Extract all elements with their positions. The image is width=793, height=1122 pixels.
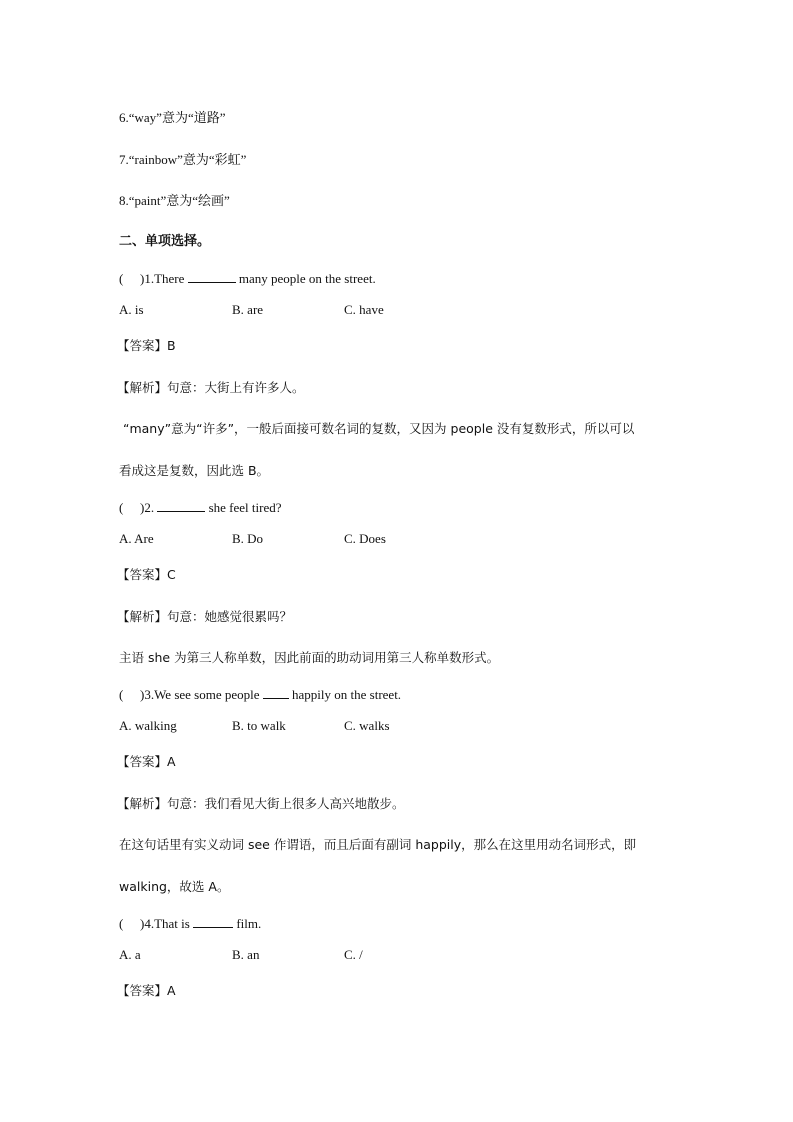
question-suffix: happily on the street. [292,687,401,702]
vocab-item-8: 8.“paint”意为“绘画” [119,193,230,209]
question-suffix: film. [236,916,261,931]
answer-paren: ( [119,271,140,287]
analysis-1-line-3: 看成这是复数，因此选 B。 [119,463,269,479]
option-a: A. a [119,947,141,963]
analysis-1-line-2: “many”意为“许多”，一般后面接可数名词的复数，又因为 people 没有复… [123,421,634,437]
question-suffix: many people on the street. [239,271,376,286]
answer-paren: ( [119,916,140,932]
option-c: C. have [344,302,384,318]
section-title: 二、单项选择。 [119,234,210,250]
option-b: B. an [232,947,259,963]
option-b: B. Do [232,531,263,547]
analysis-2-line-1: 【解析】句意：她感觉很累吗？ [117,609,292,625]
question-4: ()4.That is film. [119,916,261,932]
analysis-2-line-2: 主语 she 为第三人称单数，因此前面的助动词用第三人称单数形式。 [119,650,499,666]
option-c: C. Does [344,531,386,547]
analysis-3-line-1: 【解析】句意：我们看见大街上很多人高兴地散步。 [117,796,405,812]
fill-blank [157,500,205,512]
vocab-item-7: 7.“rainbow”意为“彩虹” [119,152,246,168]
answer-paren: ( [119,500,140,516]
analysis-3-line-3: walking，故选 A。 [119,879,229,895]
option-c: C. / [344,947,363,963]
vocab-item-6: 6.“way”意为“道路” [119,110,226,126]
analysis-3-line-2: 在这句话里有实义动词 see 作谓语，而且后面有副词 happily，那么在这里… [119,837,636,853]
answer-1: 【答案】B [117,338,176,354]
question-2: ()2. she feel tired? [119,500,282,516]
answer-paren: ( [119,687,140,703]
option-b: B. to walk [232,718,286,734]
fill-blank [188,271,236,283]
question-prefix: )1.There [140,271,184,286]
question-prefix: )4.That is [140,916,190,931]
fill-blank [263,687,289,699]
option-c: C. walks [344,718,390,734]
question-suffix: she feel tired? [209,500,282,515]
answer-2: 【答案】C [117,567,176,583]
question-prefix: )3.We see some people [140,687,260,702]
option-a: A. Are [119,531,154,547]
option-a: A. is [119,302,144,318]
answer-4: 【答案】A [117,983,176,999]
question-prefix: )2. [140,500,154,515]
fill-blank [193,916,233,928]
question-3: ()3.We see some people happily on the st… [119,687,401,703]
option-b: B. are [232,302,263,318]
answer-3: 【答案】A [117,754,176,770]
option-a: A. walking [119,718,177,734]
question-1: ()1.There many people on the street. [119,271,376,287]
analysis-1-line-1: 【解析】句意：大街上有许多人。 [117,380,305,396]
